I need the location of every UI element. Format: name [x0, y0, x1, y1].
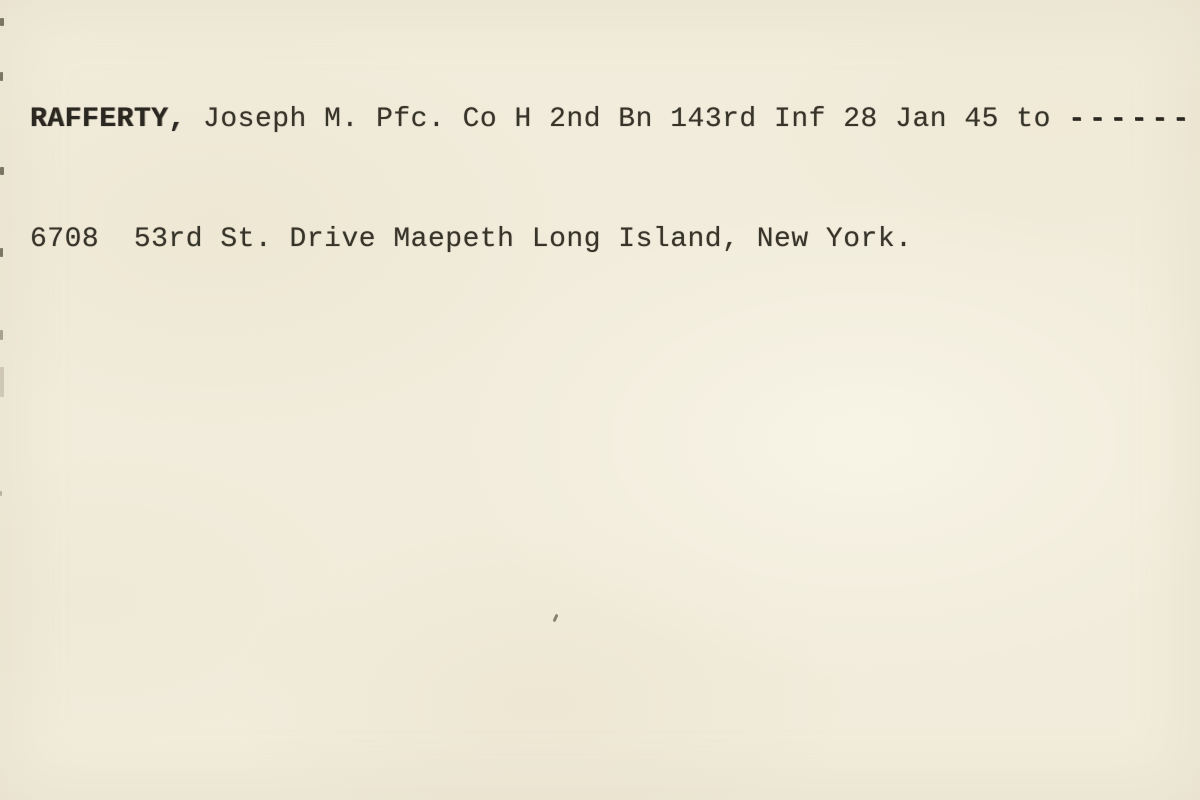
record-line: RAFFERTY, Joseph M. Pfc. Co H 2nd Bn 143…	[30, 100, 1190, 140]
dash-strikeout: ------	[1068, 104, 1193, 135]
scan-edge-artifact	[0, 72, 3, 81]
scan-edge-artifact	[0, 167, 4, 175]
service-details-text: Joseph M. Pfc. Co H 2nd Bn 143rd Inf 28 …	[186, 104, 1068, 135]
scan-edge-artifact	[0, 491, 2, 496]
scan-edge-artifact	[0, 18, 4, 26]
soldier-name-text: RAFFERTY,	[30, 104, 186, 135]
address-line: 6708 53rd St. Drive Maepeth Long Island,…	[30, 220, 1190, 260]
scan-edge-artifact	[0, 248, 3, 257]
scan-edge-artifact	[0, 367, 4, 397]
scan-edge-artifact	[0, 330, 3, 340]
paper-speck	[553, 614, 559, 623]
typewritten-text-block: RAFFERTY, Joseph M. Pfc. Co H 2nd Bn 143…	[30, 20, 1190, 340]
scanned-index-card: RAFFERTY, Joseph M. Pfc. Co H 2nd Bn 143…	[0, 0, 1200, 800]
